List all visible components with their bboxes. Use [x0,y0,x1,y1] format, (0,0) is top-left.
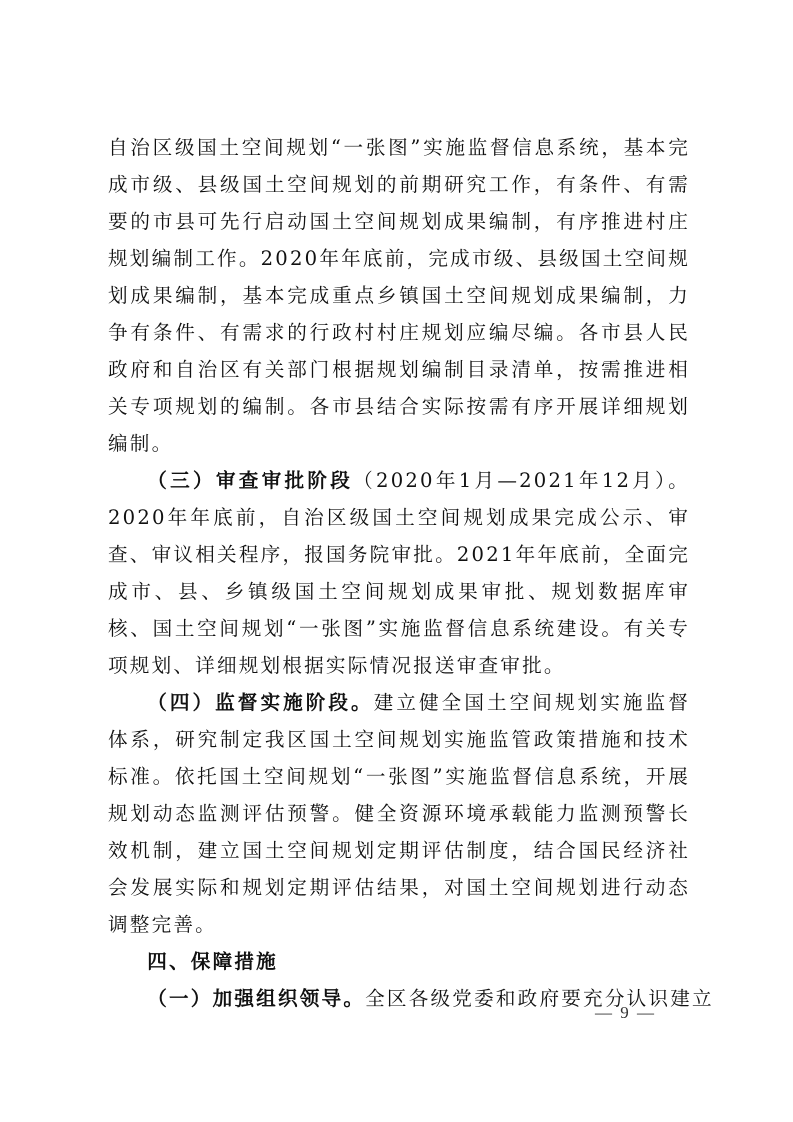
paragraph-continuation: 自治区级国土空间规划“一张图”实施监督信息系统，基本完成市级、县级国土空间规划的… [108,129,690,462]
document-page: 自治区级国土空间规划“一张图”实施监督信息系统，基本完成市级、县级国土空间规划的… [0,0,793,1122]
page-number: — 9 — [595,1003,656,1023]
paragraph-supervision-stage: （四）监督实施阶段。建立健全国土空间规划实施监督体系，研究制定我区国土空间规划实… [108,684,690,943]
organizational-leadership-label: （一）加强组织领导。 [147,987,365,1010]
paragraph-review-approval-stage: （三）审查审批阶段（2020年1月—2021年12月）。2020年年底前，自治区… [108,462,690,684]
supervision-stage-text: 建立健全国土空间规划实施监督体系，研究制定我区国土空间规划实施监管政策措施和技术… [108,691,690,936]
review-approval-stage-text: （2020年1月—2021年12月）。2020年年底前，自治区级国土空间规划成果… [108,469,690,677]
review-approval-stage-label: （三）审查审批阶段 [147,469,353,492]
supervision-stage-label: （四）监督实施阶段。 [147,691,374,714]
body-text: 自治区级国土空间规划“一张图”实施监督信息系统，基本完成市级、县级国土空间规划的… [108,129,690,1017]
section-heading-safeguards: 四、保障措施 [108,943,690,980]
organizational-leadership-text: 全区各级党委和政府要充分认识建立 [365,987,714,1010]
